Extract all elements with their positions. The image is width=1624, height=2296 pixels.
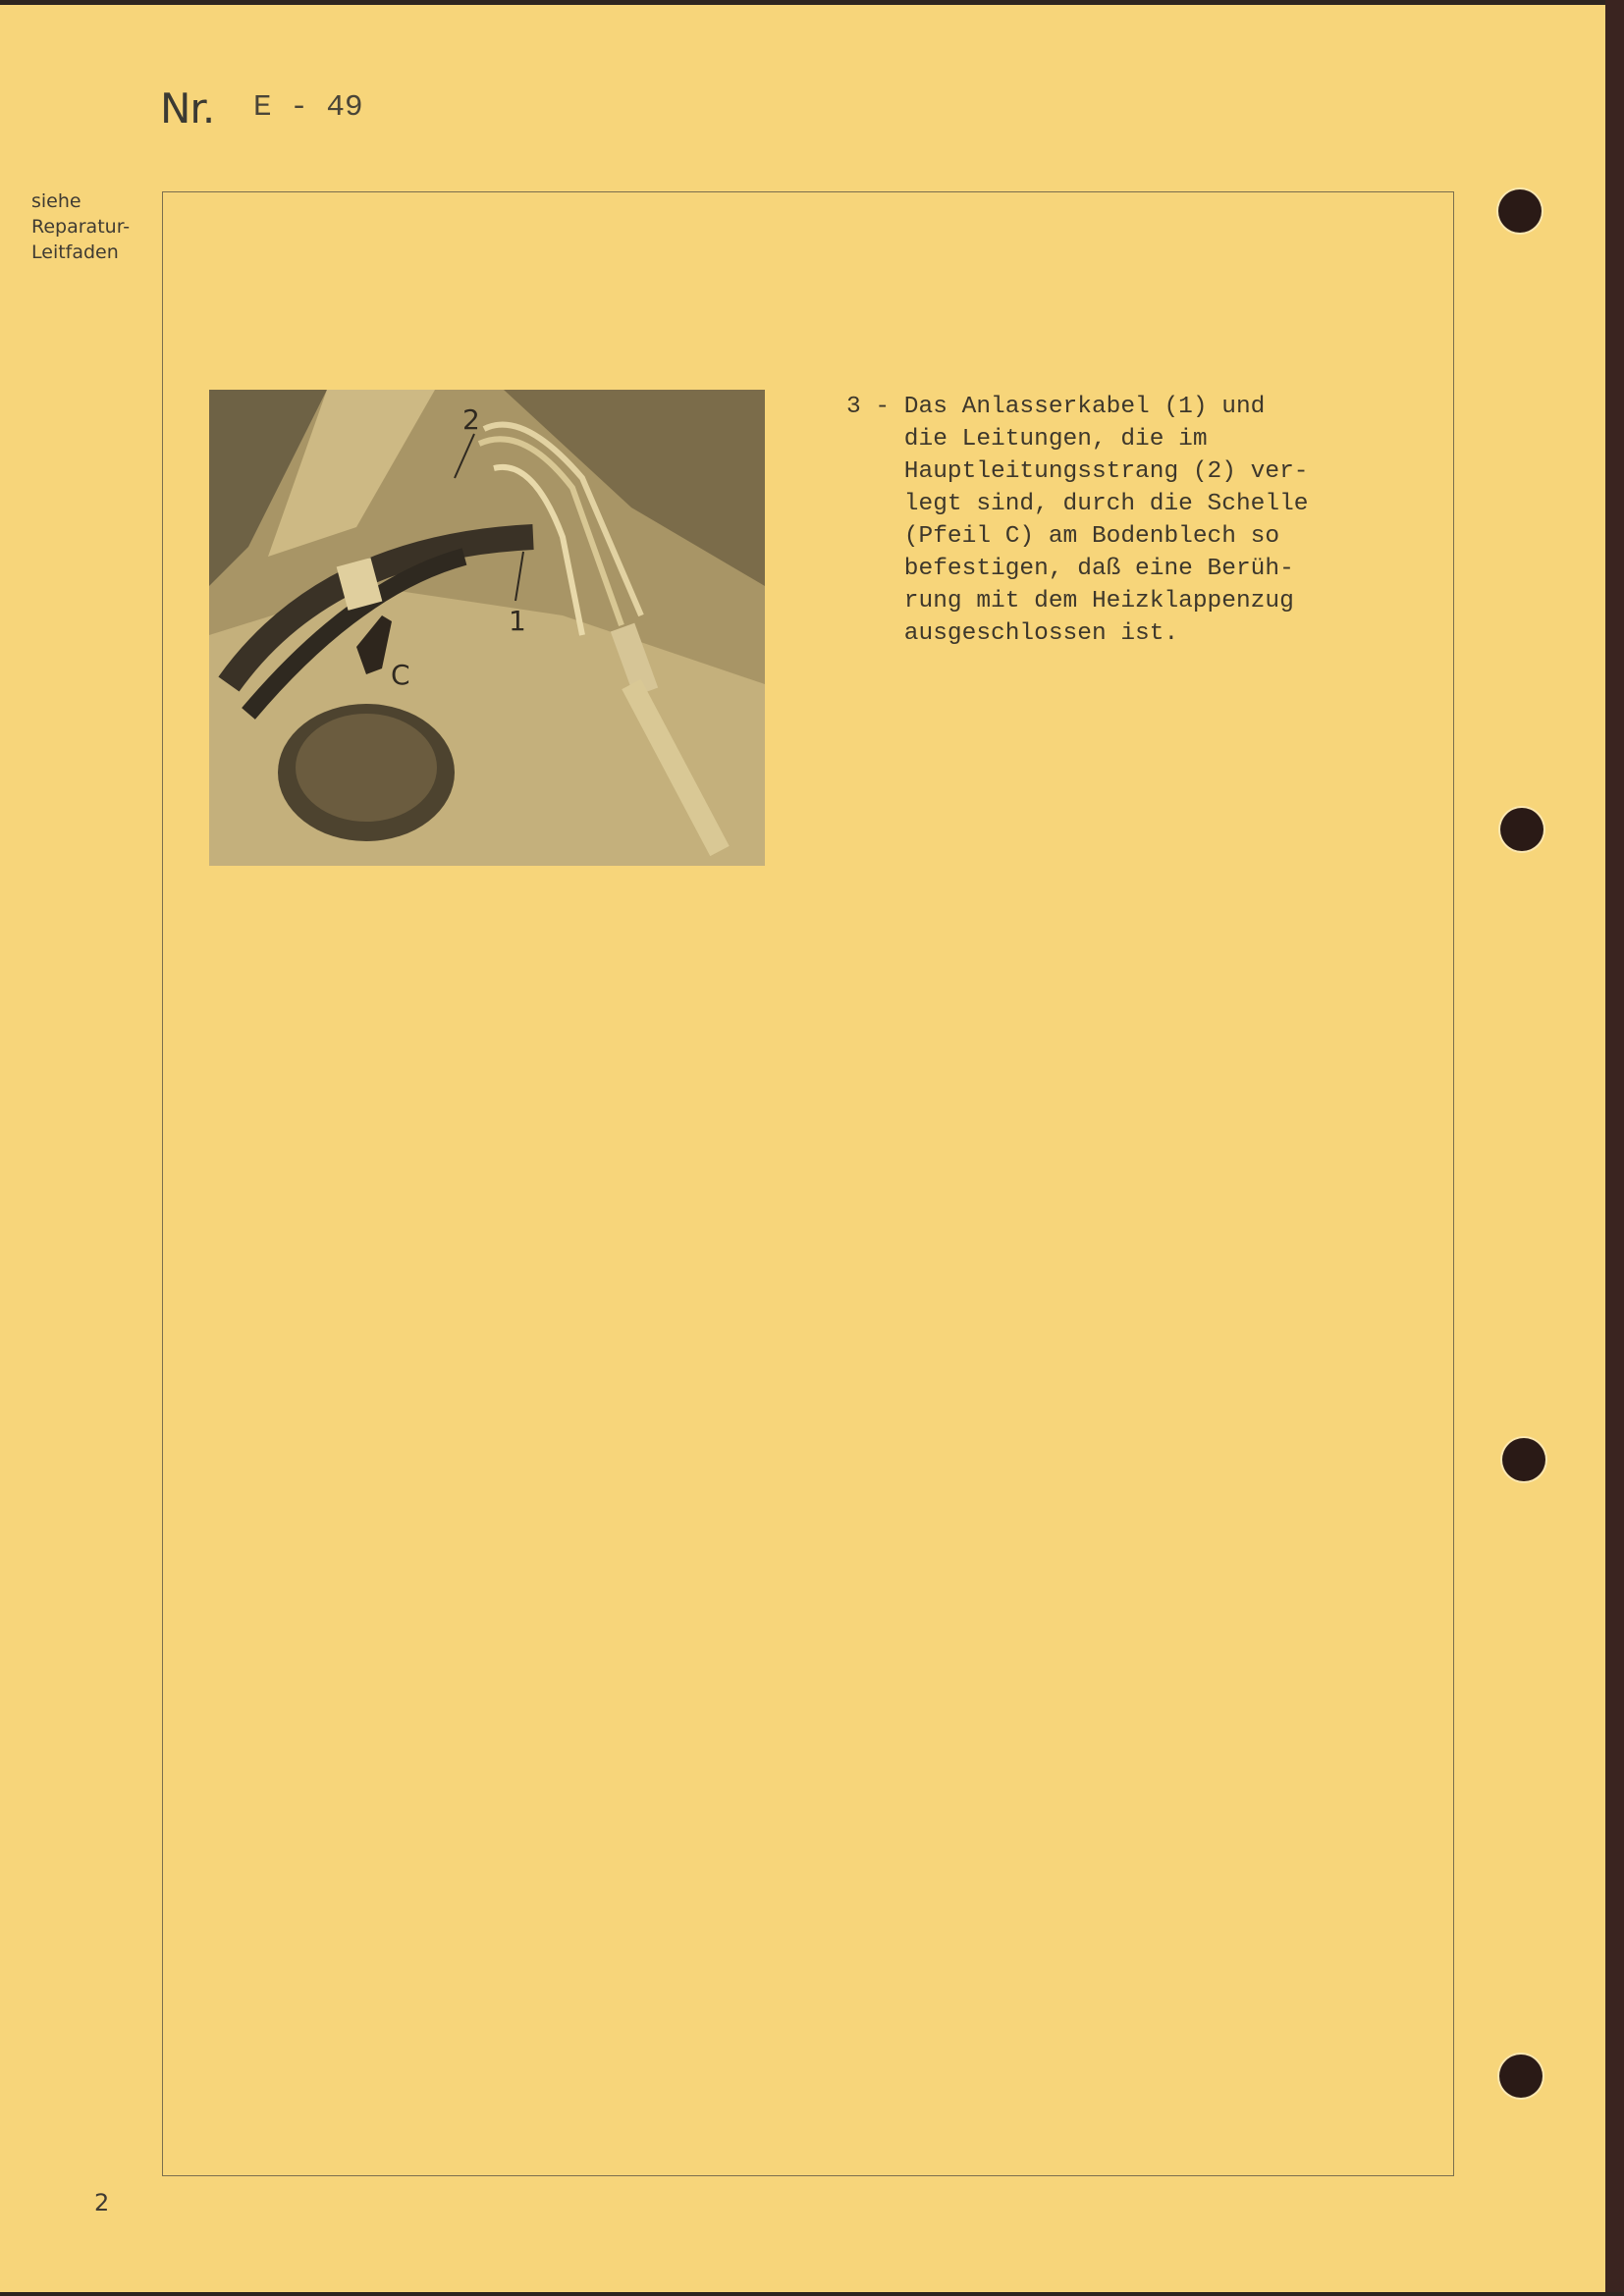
- punch-hole: [1498, 189, 1542, 233]
- side-note-line: Reparatur-: [31, 214, 130, 240]
- instruction-step-3: 3 - Das Anlasserkabel (1) und die Leitun…: [846, 391, 1455, 650]
- callout-1: 1: [509, 605, 526, 637]
- scan-bottom-edge: [0, 2292, 1624, 2296]
- side-note-line: Leitfaden: [31, 240, 130, 265]
- callout-2: 2: [462, 403, 480, 436]
- figure-photo: 2 1 C: [209, 390, 765, 866]
- side-note-line: siehe: [31, 188, 130, 214]
- document-number-label: Nr.: [160, 84, 214, 133]
- scan-top-edge: [0, 0, 1624, 5]
- punch-hole: [1499, 2055, 1543, 2098]
- punch-hole: [1500, 808, 1543, 851]
- wiring-photo-illustration: 2 1 C: [209, 390, 765, 866]
- punch-hole: [1502, 1438, 1545, 1481]
- callout-c: C: [391, 659, 410, 691]
- scan-right-edge: [1605, 0, 1624, 2296]
- side-note: siehe Reparatur- Leitfaden: [31, 188, 130, 265]
- document-number-value: E - 49: [253, 90, 363, 125]
- page-number: 2: [94, 2189, 109, 2216]
